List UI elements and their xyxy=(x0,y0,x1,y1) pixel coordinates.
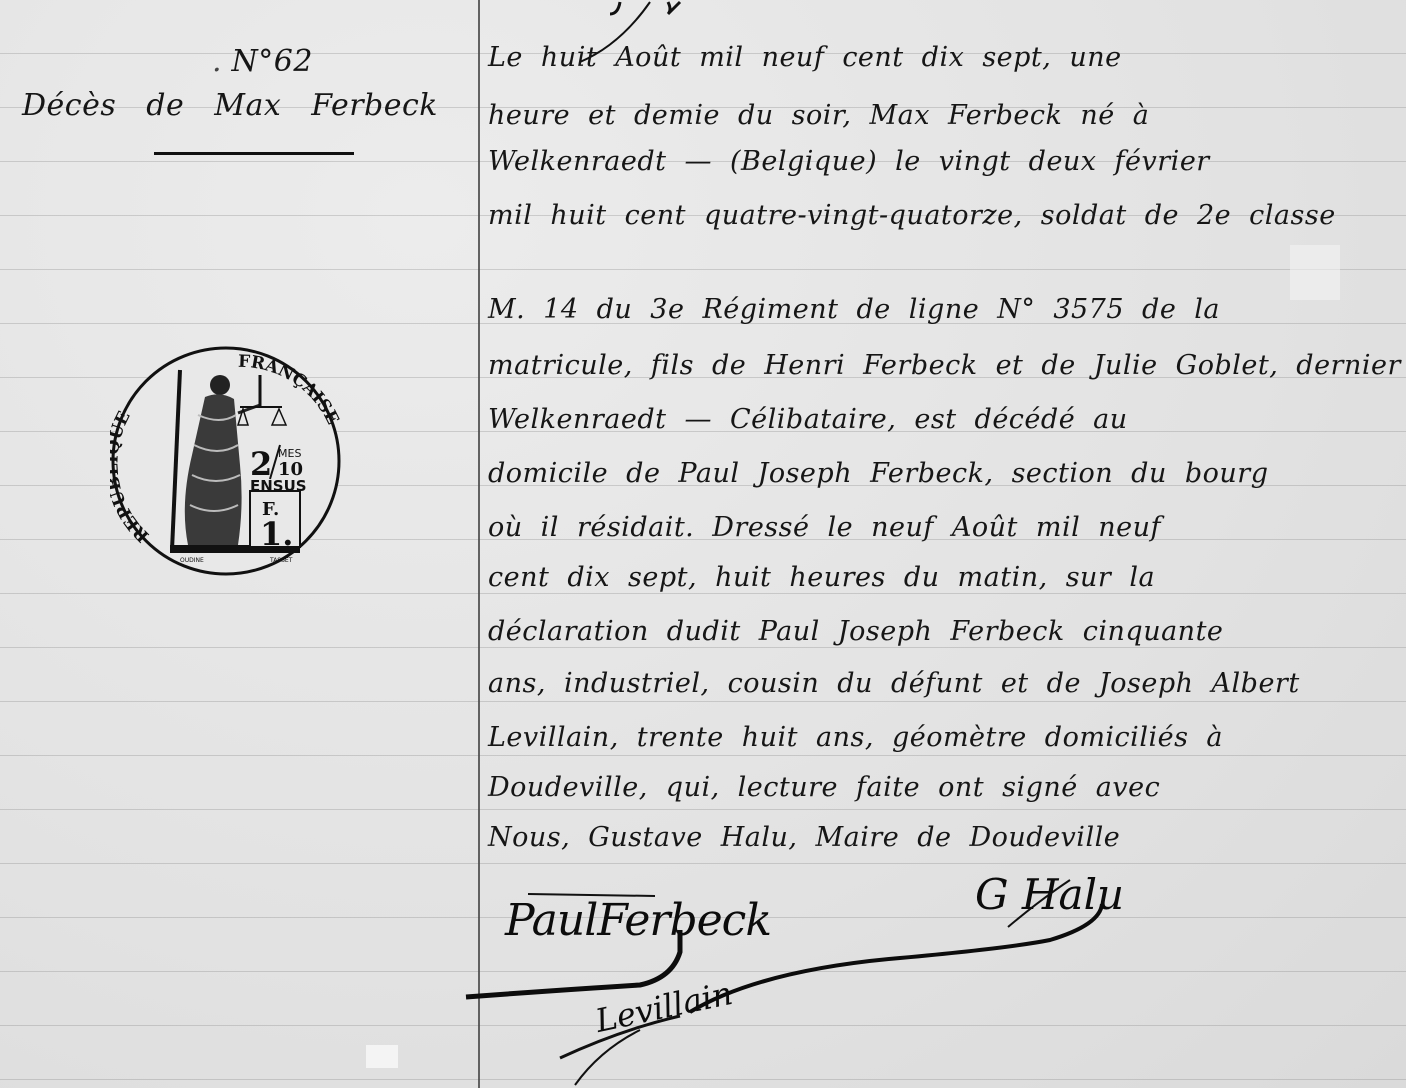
record-word: géomètre xyxy=(892,722,1027,753)
record-word: il xyxy=(541,512,559,543)
record-word: du xyxy=(597,294,633,325)
record-word: Paul xyxy=(678,458,739,489)
record-word: cousin xyxy=(728,668,820,699)
record-word: (Belgique) xyxy=(730,146,877,177)
record-word: M. xyxy=(488,294,525,325)
record-word: Ferbeck xyxy=(950,616,1064,647)
record-word: Julie xyxy=(1094,350,1158,381)
record-word: avec xyxy=(1096,772,1160,803)
record-word: matin, xyxy=(958,562,1048,593)
record-word: soir, xyxy=(792,100,852,131)
record-word: demie xyxy=(634,100,720,131)
record-word: qui, xyxy=(666,772,720,803)
record-line: déclarationduditPaulJosephFerbeckcinquan… xyxy=(488,616,1241,647)
record-word: 3e xyxy=(650,294,684,325)
record-line: heureetdemiedusoir,MaxFerbecknéà xyxy=(488,100,1167,131)
record-word: à xyxy=(1133,100,1150,131)
record-line: Welkenraedt—(Belgique)levingtdeuxfévrier xyxy=(488,146,1228,177)
stamp-value-number: 1. xyxy=(260,515,293,553)
title-word: Max xyxy=(214,88,281,123)
record-word: la xyxy=(1194,294,1220,325)
record-word: neuf xyxy=(871,512,934,543)
record-word: trente xyxy=(637,722,724,753)
record-word: Ferbeck, xyxy=(870,458,993,489)
record-word: Joseph xyxy=(838,616,933,647)
record-word: Gustave xyxy=(588,822,703,853)
record-word: de xyxy=(626,458,660,489)
record-word: décédé xyxy=(975,404,1076,435)
record-word: de xyxy=(1041,350,1075,381)
scan-artifact xyxy=(366,1045,398,1068)
record-word: une xyxy=(1069,42,1121,73)
record-word: est xyxy=(914,404,956,435)
record-word: Joseph xyxy=(758,458,853,489)
record-word: sept, xyxy=(628,562,697,593)
title-word: Ferbeck xyxy=(311,88,438,123)
record-line: oùilrésidait.DresséleneufAoûtmilneuf xyxy=(488,512,1179,543)
stamp-ensus: ENSUS xyxy=(250,477,307,495)
record-word: à xyxy=(1206,722,1223,753)
record-word: mil xyxy=(1036,512,1080,543)
record-word: huit xyxy=(715,562,771,593)
stamp-engraver-right: TASSET xyxy=(269,557,293,564)
signature-mayor: G Halu xyxy=(975,870,1124,919)
record-word: Nous, xyxy=(488,822,570,853)
record-word: cinquante xyxy=(1083,616,1224,647)
tax-stamp: REPUBLIQUE FRANÇAISE 2 MES 10 ENSUS F. 1… xyxy=(110,345,342,577)
signature-declarant: PaulFerbeck xyxy=(505,895,771,946)
record-word: industriel, xyxy=(564,668,710,699)
record-word: dix xyxy=(922,42,965,73)
record-word: lecture xyxy=(738,772,838,803)
record-word: neuf xyxy=(762,42,825,73)
record-word: Célibataire, xyxy=(730,404,896,435)
record-word: Levillain, xyxy=(488,722,619,753)
record-word: fils xyxy=(651,350,694,381)
record-word: domiciliés xyxy=(1045,722,1189,753)
record-word: — xyxy=(685,146,713,177)
record-word: domicile xyxy=(488,458,608,489)
record-word: né xyxy=(1080,100,1114,131)
record-word: heures xyxy=(789,562,886,593)
record-word: vingt xyxy=(939,146,1011,177)
record-word: signé xyxy=(1002,772,1078,803)
record-word: huit xyxy=(541,42,597,73)
record-word: Goblet, xyxy=(1176,350,1279,381)
record-line: Levillain,trentehuitans,géomètredomicili… xyxy=(488,722,1241,753)
record-word: sur xyxy=(1066,562,1112,593)
record-word: Albert xyxy=(1212,668,1300,699)
record-word: Maire xyxy=(815,822,899,853)
record-word: soldat xyxy=(1041,200,1127,231)
record-word: mil xyxy=(699,42,743,73)
record-word: ont xyxy=(938,772,984,803)
record-word: heure xyxy=(488,100,570,131)
title-underline xyxy=(154,152,354,155)
record-word: Welkenraedt xyxy=(488,146,667,177)
record-line: matricule,filsdeHenriFerbecketdeJulieGob… xyxy=(488,350,1406,381)
record-word: de xyxy=(857,294,891,325)
record-word: Paul xyxy=(759,616,820,647)
record-line: LehuitAoûtmilneufcentdixsept,une xyxy=(488,42,1140,73)
record-word: Doudeville xyxy=(970,822,1121,853)
record-word: du xyxy=(904,562,940,593)
record-line: domiciledePaulJosephFerbeck,sectiondubou… xyxy=(488,458,1286,489)
record-word: de xyxy=(1145,200,1179,231)
record-word: Halu, xyxy=(721,822,798,853)
record-word: la xyxy=(1129,562,1155,593)
record-word: au xyxy=(1093,404,1128,435)
record-word: Août xyxy=(952,512,1018,543)
record-word: N° xyxy=(997,294,1035,325)
record-word: cent xyxy=(488,562,549,593)
record-word: et xyxy=(588,100,616,131)
record-word: dudit xyxy=(667,616,741,647)
record-word: cent xyxy=(842,42,903,73)
record-word: cent xyxy=(625,200,686,231)
record-word: Ferbeck xyxy=(863,350,977,381)
record-word: 2e xyxy=(1197,200,1231,231)
record-word: déclaration xyxy=(488,616,649,647)
record-word: faite xyxy=(856,772,920,803)
record-word: huit xyxy=(742,722,798,753)
record-word: le xyxy=(895,146,921,177)
record-word: février xyxy=(1115,146,1210,177)
record-line: centdixsept,huitheuresdumatin,surla xyxy=(488,562,1173,593)
record-word: neuf xyxy=(1098,512,1161,543)
record-word: ligne xyxy=(909,294,979,325)
stamp-engraver-left: OUDINE xyxy=(180,557,204,564)
record-word: du xyxy=(1131,458,1167,489)
record-word: Le xyxy=(488,42,523,73)
record-word: du xyxy=(738,100,774,131)
record-line: M.14du3eRégimentdeligneN°3575dela xyxy=(488,294,1238,325)
record-word: Max xyxy=(869,100,929,131)
title-word: de xyxy=(146,88,184,123)
title-word: Décès xyxy=(22,88,116,123)
record-line: milhuitcentquatre-vingt-quatorze,soldatd… xyxy=(488,200,1354,231)
record-line: Welkenraedt—Célibataire,estdécédéau xyxy=(488,404,1146,435)
record-word: le xyxy=(828,512,854,543)
record-word: bourg xyxy=(1185,458,1269,489)
record-word: Ferbeck xyxy=(948,100,1062,131)
record-word: 14 xyxy=(543,294,578,325)
record-word: ans, xyxy=(816,722,874,753)
record-word: de xyxy=(712,350,746,381)
record-word: de xyxy=(917,822,951,853)
record-word: Henri xyxy=(764,350,845,381)
record-word: ans, xyxy=(488,668,546,699)
act-title: DécèsdeMaxFerbeck xyxy=(22,88,468,123)
margin-rule xyxy=(478,0,480,1088)
record-word: Doudeville, xyxy=(488,772,648,803)
record-word: classe xyxy=(1249,200,1336,231)
record-word: dix xyxy=(567,562,610,593)
record-word: du xyxy=(837,668,873,699)
record-word: Août xyxy=(615,42,681,73)
record-word: Régiment xyxy=(702,294,838,325)
record-line: Nous,GustaveHalu,MairedeDoudeville xyxy=(488,822,1138,853)
leader-dots: . xyxy=(212,44,226,79)
record-line: ans,industriel,cousindudéfuntetdeJosephA… xyxy=(488,668,1318,699)
record-word: quatre-vingt-quatorze, xyxy=(704,200,1023,231)
record-word: Dressé xyxy=(712,512,809,543)
record-word: 3575 xyxy=(1053,294,1124,325)
record-word: dernier xyxy=(1296,350,1401,381)
record-word: Welkenraedt xyxy=(488,404,667,435)
record-word: Joseph xyxy=(1099,668,1194,699)
record-word: et xyxy=(1001,668,1029,699)
record-word: matricule, xyxy=(488,350,633,381)
record-word: deux xyxy=(1029,146,1097,177)
record-word: de xyxy=(1047,668,1081,699)
record-word: résidait. xyxy=(577,512,694,543)
record-word: de xyxy=(1142,294,1176,325)
record-line: Doudeville,qui,lecturefaiteontsignéavec xyxy=(488,772,1178,803)
record-word: défunt xyxy=(891,668,983,699)
record-word: huit xyxy=(550,200,606,231)
record-word: — xyxy=(685,404,713,435)
record-word: et xyxy=(996,350,1024,381)
record-word: section xyxy=(1012,458,1114,489)
scan-artifact xyxy=(1290,245,1340,300)
record-word: sept, xyxy=(982,42,1051,73)
act-number: .N°62 xyxy=(212,44,313,79)
record-word: où xyxy=(488,512,523,543)
record-word: mil xyxy=(488,200,532,231)
